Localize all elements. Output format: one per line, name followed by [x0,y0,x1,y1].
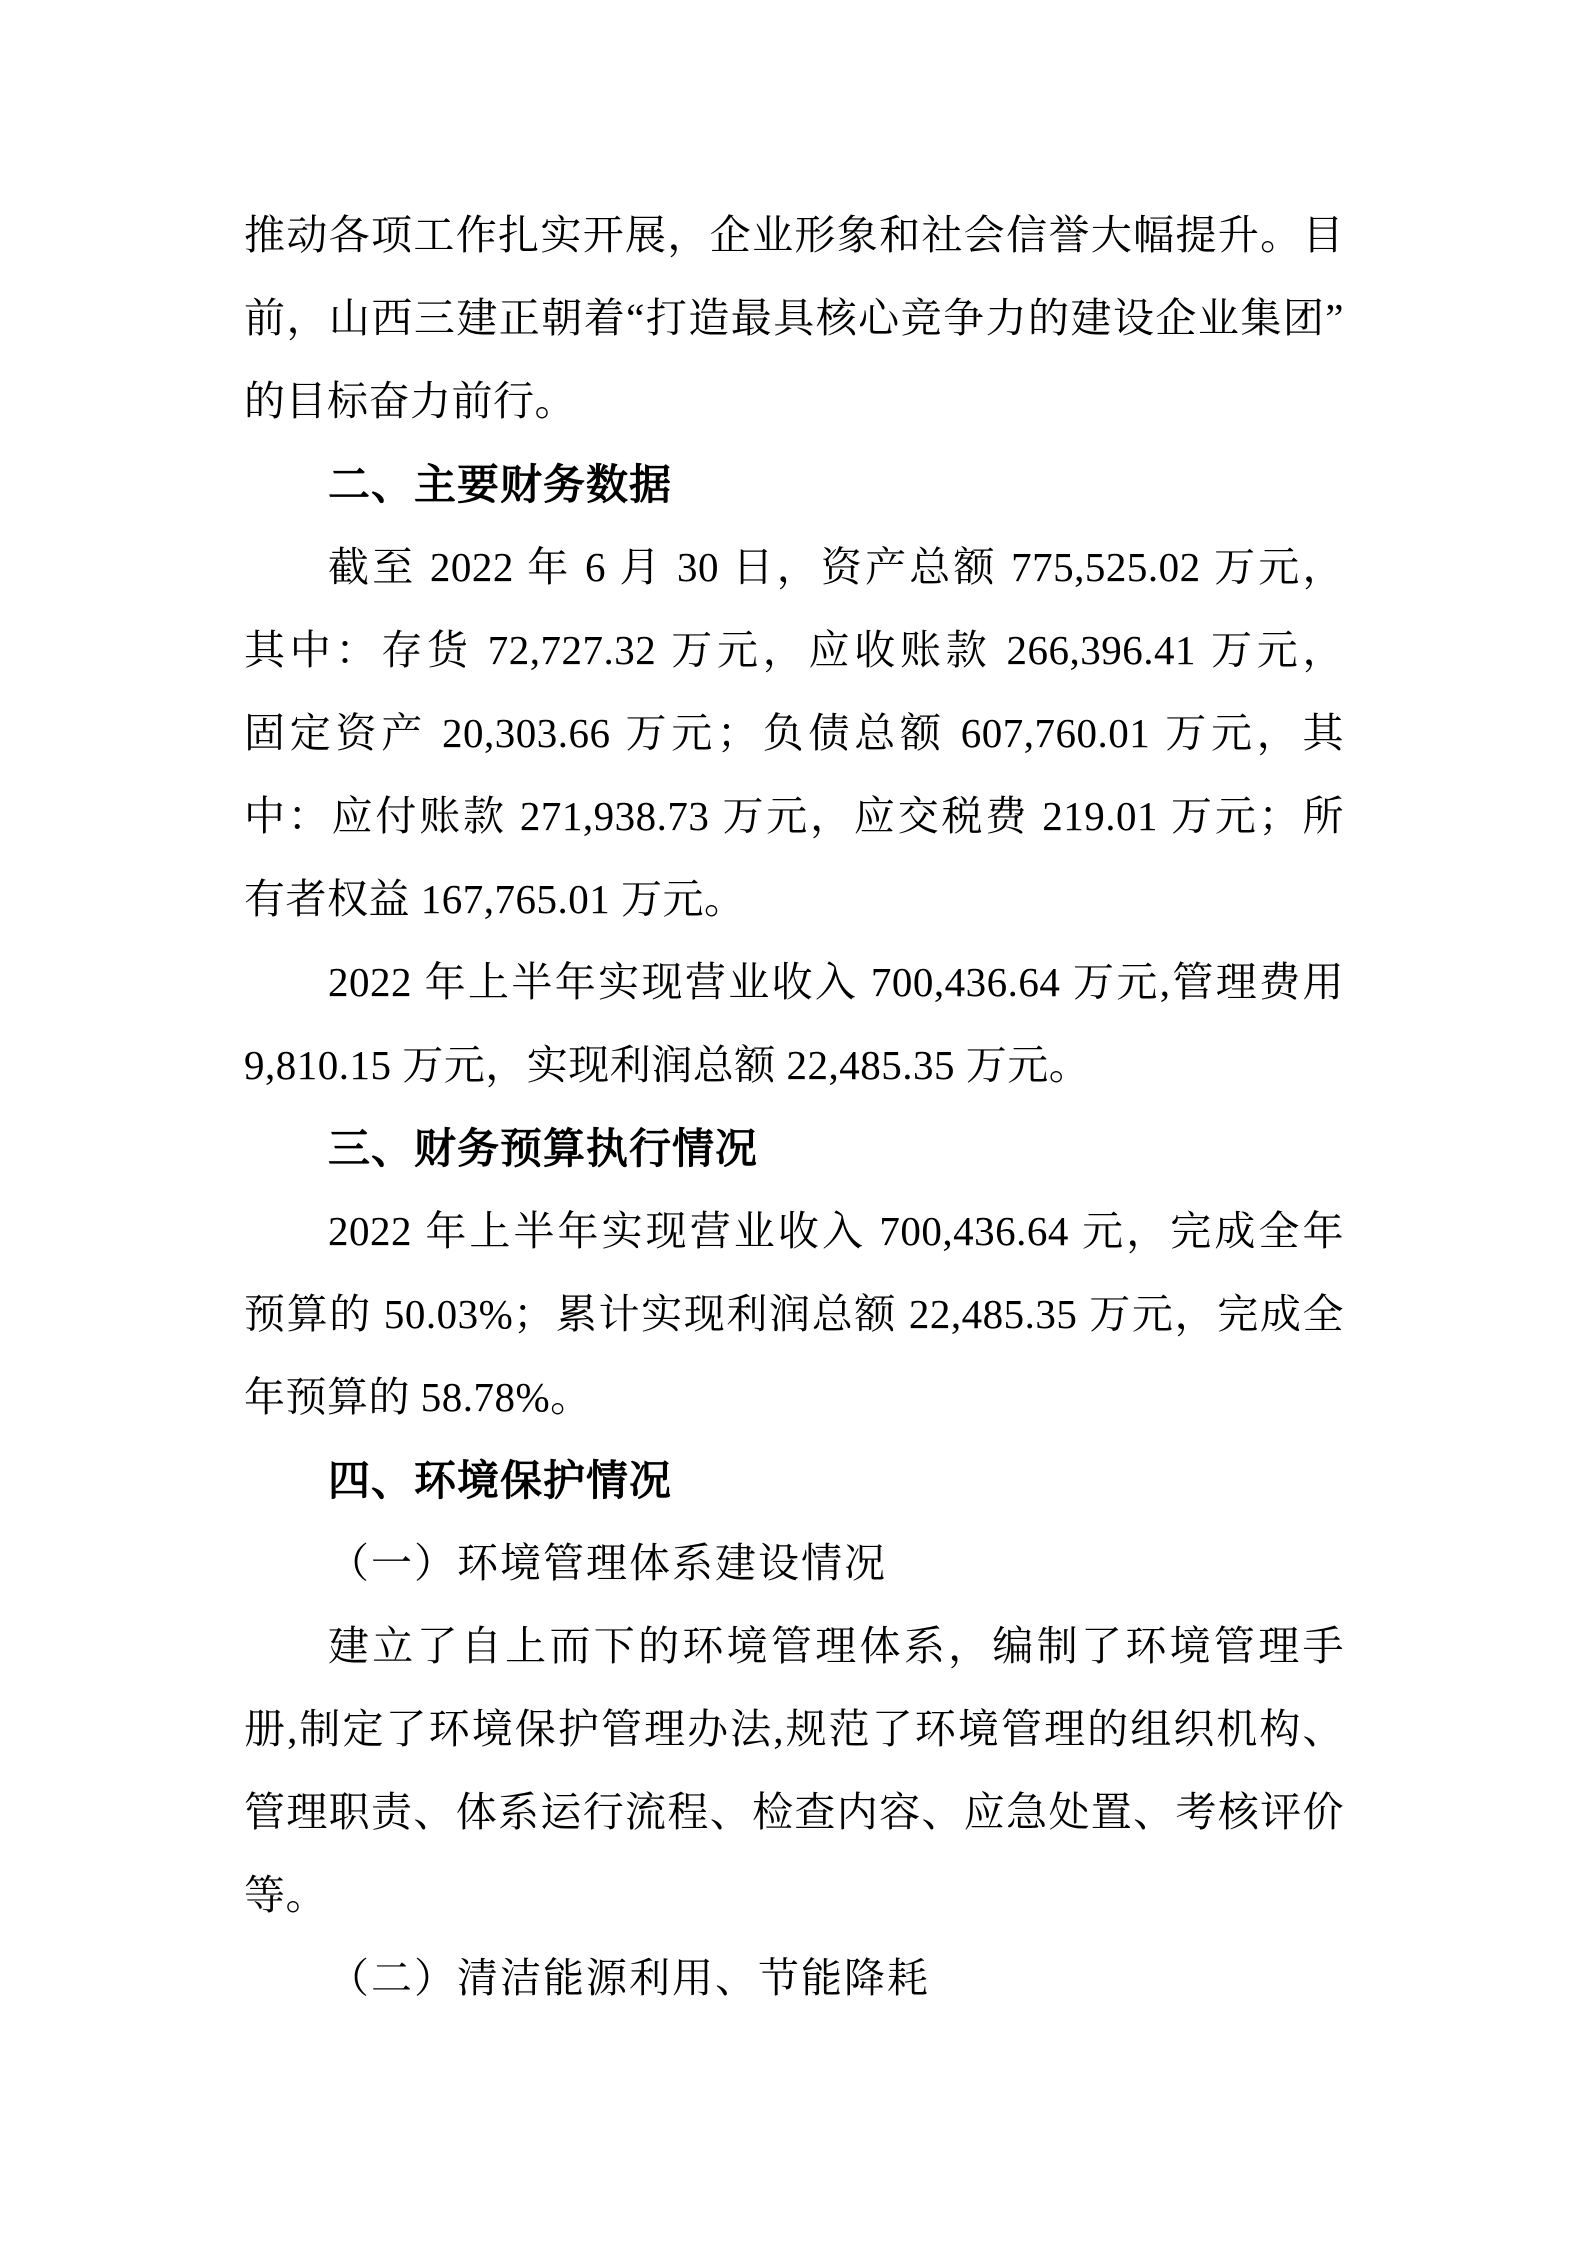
text-line: 2022 年上半年实现营业收入 700,436.64 元，完成全年 [244,1190,1344,1273]
section-heading: 四、环境保护情况 [244,1439,1344,1522]
text-line: 的目标奋力前行。 [244,360,1344,443]
text-line: 其中：存货 72,727.32 万元，应收账款 266,396.41 万元， [244,609,1344,692]
text-line: 2022 年上半年实现营业收入 700,436.64 万元,管理费用 [244,941,1344,1024]
sub-heading: （一）环境管理体系建设情况 [244,1522,1344,1605]
text-line: 固定资产 20,303.66 万元；负债总额 607,760.01 万元，其 [244,692,1344,775]
document-text-block: 推动各项工作扎实开展，企业形象和社会信誉大幅提升。目前，山西三建正朝着“打造最具… [244,194,1344,2020]
text-line: 9,810.15 万元，实现利润总额 22,485.35 万元。 [244,1024,1344,1107]
text-line: 年预算的 58.78%。 [244,1356,1344,1439]
text-line: 截至 2022 年 6 月 30 日，资产总额 775,525.02 万元， [244,526,1344,609]
text-line: 等。 [244,1854,1344,1937]
text-line: 管理职责、体系运行流程、检查内容、应急处置、考核评价 [244,1771,1344,1854]
text-line: 有者权益 167,765.01 万元。 [244,858,1344,941]
sub-heading: （二）清洁能源利用、节能降耗 [244,1937,1344,2020]
text-line: 册,制定了环境保护管理办法,规范了环境管理的组织机构、 [244,1688,1344,1771]
section-heading: 三、财务预算执行情况 [244,1107,1344,1190]
text-line: 预算的 50.03%；累计实现利润总额 22,485.35 万元，完成全 [244,1273,1344,1356]
text-line: 建立了自上而下的环境管理体系，编制了环境管理手 [244,1605,1344,1688]
text-line: 中：应付账款 271,938.73 万元，应交税费 219.01 万元；所 [244,775,1344,858]
text-line: 推动各项工作扎实开展，企业形象和社会信誉大幅提升。目 [244,194,1344,277]
section-heading: 二、主要财务数据 [244,443,1344,526]
text-line: 前，山西三建正朝着“打造最具核心竞争力的建设企业集团” [244,277,1344,360]
document-page: 推动各项工作扎实开展，企业形象和社会信誉大幅提升。目前，山西三建正朝着“打造最具… [0,0,1587,2245]
